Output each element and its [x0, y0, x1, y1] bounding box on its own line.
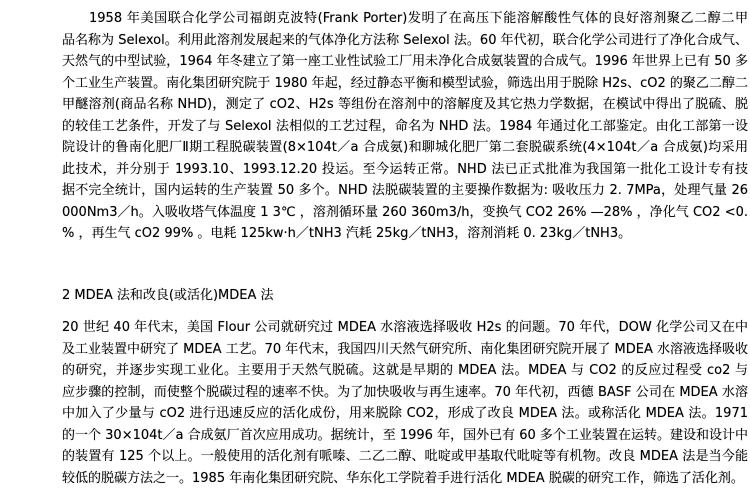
text-line: % ，再生气 cO2 99% 。电耗 125kw·h／tNH3 汽耗 25kg／… [62, 223, 748, 245]
text-line: 1958 年美国联合化学公司福朗克波特(Frank Porter)发明了在高压下… [62, 8, 748, 30]
text-line: 20 世纪 40 年代末，美国 Flour 公司就研究过 MDEA 水溶液选择吸… [62, 317, 748, 339]
scanned-text-block: 1958 年美国联合化学公司福朗克波特(Frank Porter)发明了在高压下… [62, 8, 748, 489]
section-heading: 2 MDEA 法和改良(或活化)MDEA 法 [62, 285, 748, 307]
text-line: 甲醚溶剂(商品名称 NHD)，测定了 cO2、H2s 等组份在溶剂中的溶解度及其… [62, 94, 748, 116]
text-line: 的较佳工艺条件，开发了与 Selexol 法相似的工艺过程，命名为 NHD 法。… [62, 116, 748, 138]
text-line: 较低的脱碳方法之一。1985 年南化集团研究院、华东化工学院着手进行活化 MDE… [62, 468, 748, 490]
text-line: 000Nm3／h。入吸收塔气体温度 1 3℃ ，溶剂循环量 260 360m3/… [62, 202, 748, 224]
text-line: 天然气的中型试验，1964 年冬建立了第一座工业性试验工厂用未净化合成氨装置的合… [62, 51, 748, 73]
text-line: 据不完全统计，国内运转的生产装置 50 多个。NHD 法脱碳装置的主要操作数据为… [62, 180, 748, 202]
text-line: 品名称为 Selexol。利用此溶剂发展起来的气体净化方法称 Selexol 法… [62, 30, 748, 52]
text-line: 的装置有 125 个以上。一般使用的活化剂有哌嗪、二乙二醇、吡啶或甲基取代吡啶等… [62, 446, 748, 468]
paragraph-mdea: 20 世纪 40 年代末，美国 Flour 公司就研究过 MDEA 水溶液选择吸… [62, 317, 748, 489]
paragraph-selexol-nhd: 1958 年美国联合化学公司福朗克波特(Frank Porter)发明了在高压下… [62, 8, 748, 245]
document-page: 1958 年美国联合化学公司福朗克波特(Frank Porter)发明了在高压下… [0, 0, 750, 500]
text-line: 应步骤的控制，而使整个脱碳过程的速率不快。为了加快吸收与再生速率。70 年代初，… [62, 382, 748, 404]
text-line: 院设计的鲁南化肥厂Ⅱ期工程脱碳装置(8×104t／a 合成氨)和聊城化肥厂第二套… [62, 137, 748, 159]
text-line: 的研究，并逐步实现工业化。主要用于天然气脱硫。这就是早期的 MDEA 法。MDE… [62, 360, 748, 382]
text-line: 个工业生产装置。南化集团研究院于 1980 年起，经过静态平衡和模型试验，筛选出… [62, 73, 748, 95]
text-line: 此技术，并分别于 1993.10、1993.12.20 投运。至今运转正常。NH… [62, 159, 748, 181]
text-line: 及工业装置中研究了 MDEA 工艺。70 年代末，我国四川天然气研究所、南化集团… [62, 339, 748, 361]
text-line: 中加入了少量与 cO2 进行迅速反应的活化成份，用来脱除 CO2，形成了改良 M… [62, 403, 748, 425]
text-line: 的一个 30×104t／a 合成氨厂首次应用成功。据统计，至 1996 年，国外… [62, 425, 748, 447]
